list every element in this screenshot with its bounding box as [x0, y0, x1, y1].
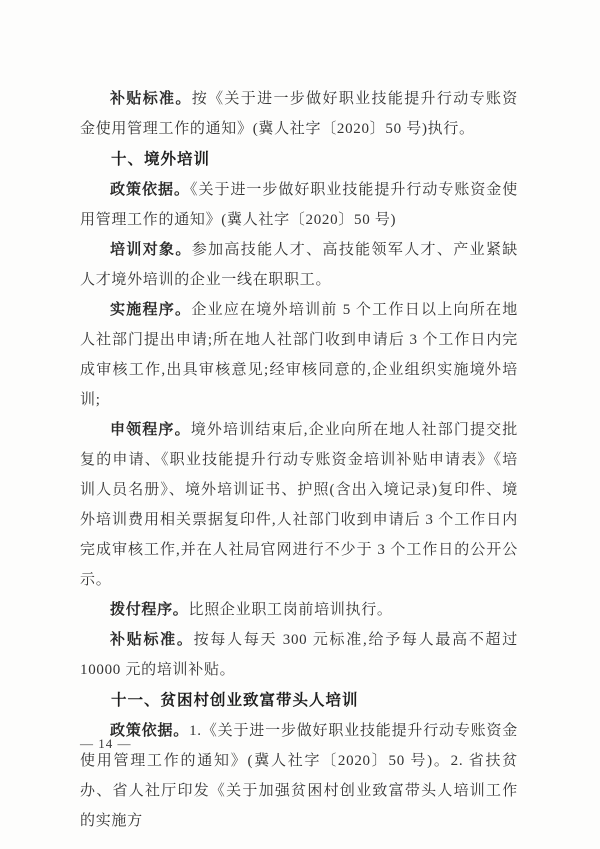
section-heading-poor-village-leader-training: 十一、贫困村创业致富带头人培训 — [80, 685, 518, 716]
document-content: 补贴标准。按《关于进一步做好职业技能提升行动专账资金使用管理工作的通知》(冀人社… — [80, 84, 518, 836]
page-number: — 14 — — [80, 736, 132, 752]
paragraph-lead: 补贴标准。 — [110, 632, 194, 648]
paragraph-application-procedure: 申领程序。境外培训结束后,企业向所在地人社部门提交批复的申请、《职业技能提升行动… — [80, 415, 518, 595]
paragraph-lead: 实施程序。 — [110, 302, 191, 318]
paragraph-text: 比照企业职工岗前培训执行。 — [189, 602, 393, 618]
paragraph-implementation-procedure: 实施程序。企业应在境外培训前 5 个工作日以上向所在地人社部门提出申请;所在地人… — [80, 295, 518, 415]
paragraph-lead: 补贴标准。 — [110, 91, 192, 107]
paragraph-lead: 拨付程序。 — [110, 602, 189, 618]
document-page: 补贴标准。按《关于进一步做好职业技能提升行动专账资金使用管理工作的通知》(冀人社… — [0, 0, 600, 849]
paragraph-text: 境外培训结束后,企业向所在地人社部门提交批复的申请、《职业技能提升行动专账资金培… — [80, 422, 518, 588]
paragraph-subsidy-standard-1: 补贴标准。按《关于进一步做好职业技能提升行动专账资金使用管理工作的通知》(冀人社… — [80, 84, 518, 144]
paragraph-subsidy-standard-2: 补贴标准。按每人每天 300 元标准,给予每人最高不超过 10000 元的培训补… — [80, 625, 518, 685]
paragraph-policy-basis-1: 政策依据。《关于进一步做好职业技能提升行动专账资金使用管理工作的通知》(冀人社字… — [80, 175, 518, 235]
paragraph-policy-basis-2: 政策依据。1.《关于进一步做好职业技能提升行动专账资金使用管理工作的通知》(冀人… — [80, 716, 518, 836]
paragraph-lead: 政策依据。 — [110, 182, 190, 198]
paragraph-lead: 申领程序。 — [110, 422, 191, 438]
paragraph-training-target: 培训对象。参加高技能人才、高技能领军人才、产业紧缺人才境外培训的企业一线在职职工… — [80, 235, 518, 295]
paragraph-disbursement-procedure: 拨付程序。比照企业职工岗前培训执行。 — [80, 595, 518, 625]
paragraph-lead: 培训对象。 — [110, 242, 192, 258]
section-heading-overseas-training: 十、境外培训 — [80, 144, 518, 175]
